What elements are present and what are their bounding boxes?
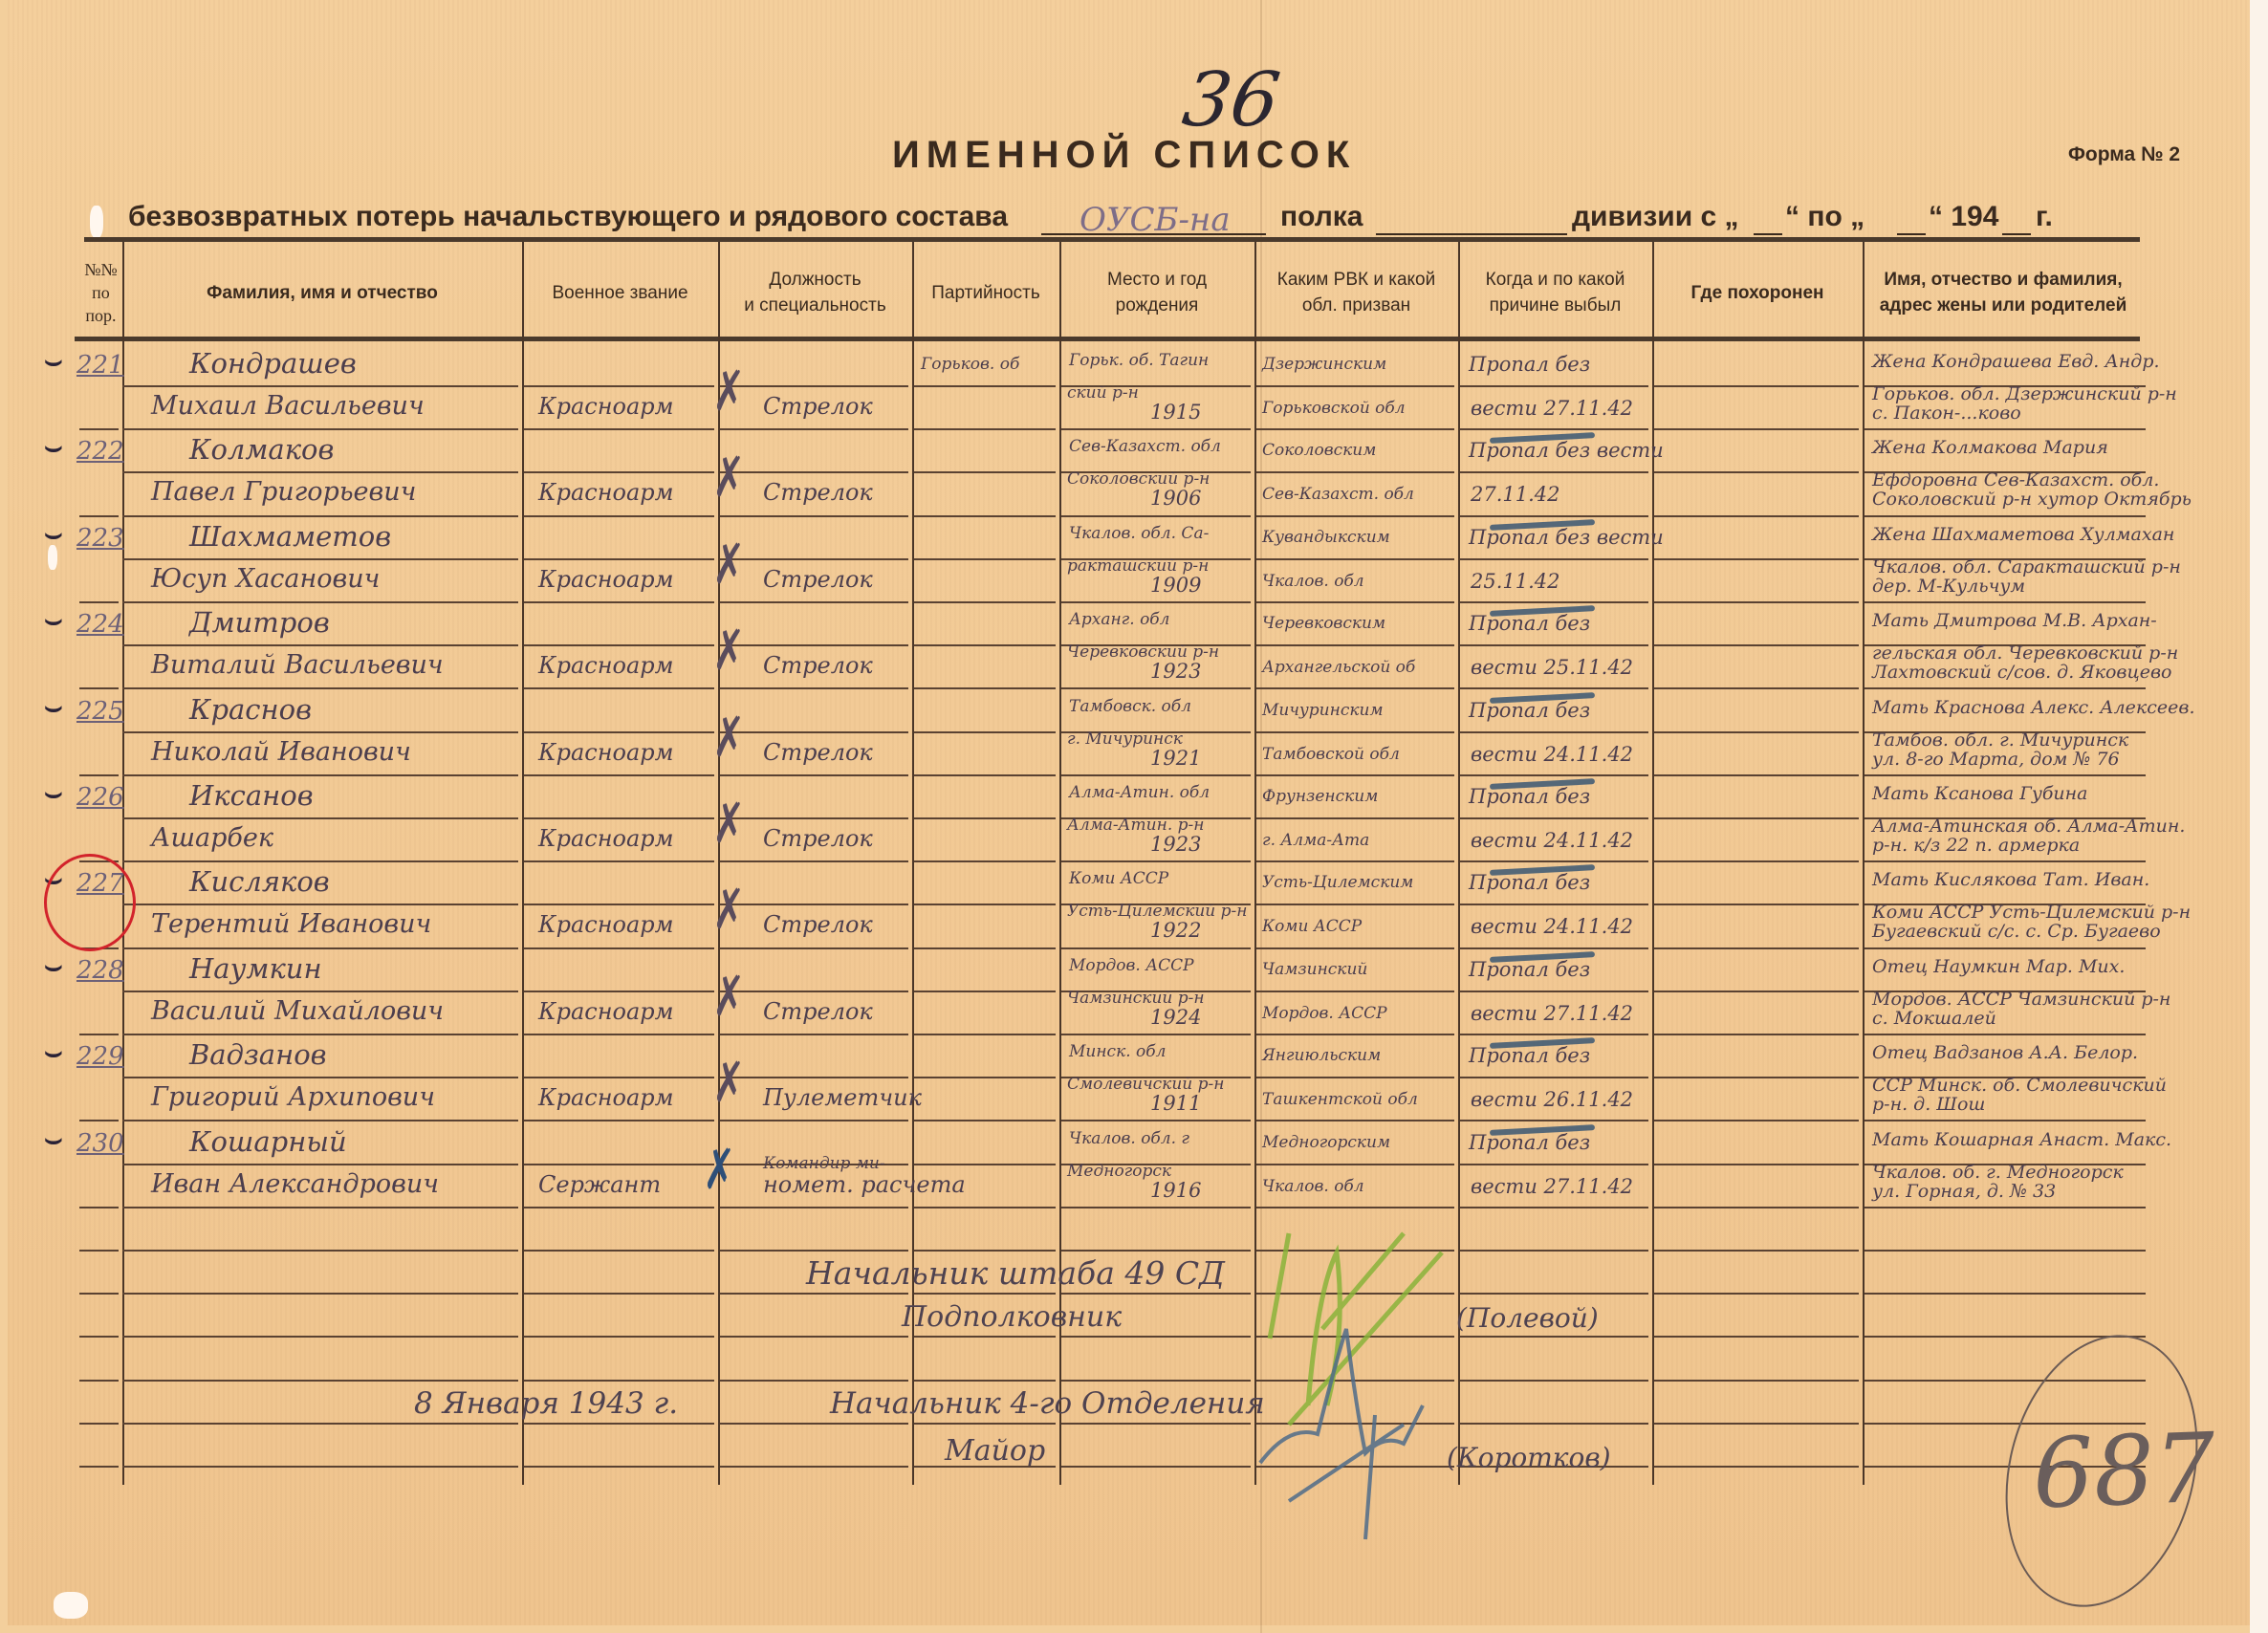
row-rule (524, 904, 714, 905)
row-rule (1061, 947, 1251, 949)
punch-hole (90, 206, 103, 238)
row-rule (1460, 687, 1648, 689)
row-rule (914, 991, 1056, 992)
row-rule (720, 1250, 908, 1252)
dept-head-rank: Майор (945, 1434, 1045, 1468)
rvk-line1: Фрунзенским (1262, 787, 1378, 806)
row-rule (1654, 1120, 1859, 1121)
col-header-number: №№ по пор. (79, 250, 122, 335)
col-header-buried: Где похоронен (1654, 250, 1861, 335)
row-rule (1256, 731, 1454, 733)
row-rule (720, 644, 908, 646)
birth-year: 1915 (1150, 401, 1201, 424)
row-rule (914, 428, 1056, 430)
row-rule (1256, 774, 1454, 776)
row-rule (1654, 687, 1859, 689)
row-number: 228 (76, 956, 124, 985)
row-rule (720, 471, 908, 473)
relative-name: Жена Кондрашева Евд. Андр. (1872, 351, 2160, 372)
row-number: 230 (76, 1129, 124, 1158)
birthplace-line1: Коми АССР (1069, 869, 1168, 888)
row-rule (122, 471, 518, 473)
row-rule (122, 1380, 518, 1382)
page-number-stamp: 687 (2031, 1412, 2217, 1531)
row-rule (122, 860, 518, 862)
row-rule (79, 515, 119, 517)
row-rule (1654, 1293, 1859, 1295)
rvk-line1: Черевковским (1262, 614, 1385, 633)
row-rule (122, 774, 518, 776)
row-rule (524, 601, 714, 603)
row-number: 222 (76, 437, 124, 466)
row-rule (524, 1293, 714, 1295)
row-rule (1865, 774, 2146, 776)
row-rule (524, 1164, 714, 1165)
row-rule (1865, 601, 2146, 603)
rvk-line1: Дзержинским (1262, 355, 1386, 374)
row-rule (122, 1207, 518, 1208)
row-rule (1061, 601, 1251, 603)
birthplace-line2: Чамзинский р-н (1067, 989, 1205, 1008)
row-rule (79, 601, 119, 603)
rvk-line1: Чамзинский (1262, 960, 1367, 979)
when-reason-line1: Пропал без (1469, 353, 1590, 376)
military-rank: Красноарм (538, 739, 674, 766)
given-name-patronymic: Ашарбек (151, 823, 273, 853)
sheet-number: 36 (1178, 57, 1285, 143)
birthplace-line2: Алма-Атин. р-н (1067, 816, 1204, 835)
row-rule (720, 817, 908, 819)
row-rule (1865, 1250, 2146, 1252)
row-rule (1654, 471, 1859, 473)
cross-mark-icon: ✗ (712, 359, 745, 424)
birthplace-line2: Усть-Цилемский р-н (1067, 902, 1247, 921)
birth-year: 1916 (1150, 1179, 1201, 1202)
row-rule (1256, 515, 1454, 517)
row-rule (1654, 947, 1859, 949)
checkmark-icon: ⌣ (44, 518, 63, 551)
row-rule (79, 1120, 119, 1121)
row-rule (1061, 1336, 1251, 1338)
relative-address-line1: Тамбов. обл. г. Мичуринск (1872, 729, 2128, 751)
row-rule (914, 1336, 1056, 1338)
row-rule (1654, 601, 1859, 603)
row-rule (1460, 644, 1648, 646)
row-rule (79, 1034, 119, 1035)
row-rule (1256, 428, 1454, 430)
relative-address-line1: Чкалов. обл. Саракташский р-н (1872, 556, 2181, 577)
unit-handwritten: ОУСБ-на (1079, 201, 1231, 239)
birth-year: 1921 (1150, 747, 1201, 770)
row-rule (1865, 1120, 2146, 1121)
relative-address-line2: р-н. д. Шош (1872, 1094, 1985, 1115)
col-header-rvk: Каким РВК и какой обл. призван (1256, 250, 1456, 335)
row-rule (914, 1250, 1056, 1252)
relative-name: Мать Ксанова Губина (1872, 783, 2088, 804)
row-rule (1460, 471, 1648, 473)
checkmark-icon: ⌣ (44, 950, 63, 983)
cross-mark-icon: ✗ (712, 791, 745, 856)
row-rule (1256, 860, 1454, 862)
row-rule (1460, 601, 1648, 603)
row-rule (720, 428, 908, 430)
row-rule (720, 1207, 908, 1208)
military-rank: Красноарм (538, 652, 674, 679)
row-rule (1256, 471, 1454, 473)
row-rule (720, 860, 908, 862)
from-to-label: “ по „ (1785, 201, 1865, 233)
form-label: Форма № 2 (2068, 143, 2180, 166)
row-rule (1256, 1164, 1454, 1165)
row-rule (122, 601, 518, 603)
when-reason-line1: Пропал без (1469, 785, 1590, 808)
rvk-line1: Медногорским (1262, 1133, 1390, 1152)
rvk-line2: Мордов. АССР (1262, 1004, 1387, 1023)
row-number: 225 (76, 697, 124, 726)
row-rule (524, 1077, 714, 1078)
row-rule (720, 904, 908, 905)
row-rule (524, 558, 714, 560)
position: Стрелок (763, 911, 873, 938)
row-rule (524, 1250, 714, 1252)
row-rule (1061, 428, 1251, 430)
rvk-line2: Ташкентской обл (1262, 1090, 1418, 1109)
birthplace-line1: Алма-Атин. обл (1069, 783, 1210, 802)
cross-mark-icon: ✗ (712, 618, 745, 683)
row-rule (720, 1423, 908, 1425)
subtitle-line: безвозвратных потерь начальствующего и р… (128, 201, 2136, 239)
position: номет. расчета (763, 1171, 966, 1198)
row-rule (914, 1034, 1056, 1035)
military-rank: Красноарм (538, 998, 674, 1025)
surname: Колмаков (189, 433, 334, 466)
when-reason-line1: Пропал без (1469, 612, 1590, 635)
rvk-line2: Чкалов. обл (1262, 1177, 1364, 1196)
page-title: ИМЕННОЙ СПИСОК (892, 134, 1356, 177)
row-rule (524, 731, 714, 733)
when-reason-line2: вести 25.11.42 (1471, 656, 1633, 679)
row-rule (720, 1336, 908, 1338)
when-reason-line1: Пропал без (1469, 1044, 1590, 1067)
relative-address-line1: Мордов. АССР Чамзинский р-н (1872, 989, 2170, 1010)
row-rule (720, 1293, 908, 1295)
row-rule (1460, 558, 1648, 560)
row-rule (122, 644, 518, 646)
given-name-patronymic: Терентий Иванович (151, 909, 431, 939)
year-suffix: г. (2036, 201, 2053, 233)
row-rule (1460, 1207, 1648, 1208)
year-fill-line (2002, 233, 2031, 235)
row-rule (1460, 904, 1648, 905)
birthplace-line2: г. Мичуринск (1067, 729, 1183, 749)
row-rule (1460, 947, 1648, 949)
row-number: 229 (76, 1042, 124, 1071)
header-bottom-rule (75, 337, 2140, 341)
row-rule (1460, 817, 1648, 819)
row-rule (1654, 904, 1859, 905)
relative-address-line1: Алма-Атинская об. Алма-Атин. (1872, 816, 2185, 837)
row-rule (720, 385, 908, 387)
row-rule (1865, 428, 2146, 430)
col-header-name: Фамилия, имя и отчество (124, 250, 520, 335)
row-rule (914, 644, 1056, 646)
row-rule (122, 1423, 518, 1425)
relative-name: Мать Кислякова Тат. Иван. (1872, 869, 2149, 890)
relative-address-line2: дер. М-Кульчум (1872, 576, 2025, 597)
checkmark-icon: ⌣ (44, 604, 63, 637)
given-name-patronymic: Николай Иванович (151, 737, 411, 767)
relative-address-line1: Ефдоровна Сев-Казахст. обл. (1872, 469, 2159, 490)
birthplace-line1: Чкалов. обл. г (1069, 1129, 1189, 1148)
military-rank: Красноарм (538, 911, 674, 938)
when-reason-line1: Пропал без (1469, 958, 1590, 981)
row-rule (1654, 385, 1859, 387)
row-rule (1256, 991, 1454, 992)
relative-address-line2: ул. 8-го Марта, дом № 76 (1872, 749, 2120, 770)
when-reason-line1: Пропал без (1469, 699, 1590, 722)
rvk-line1: Усть-Цилемским (1262, 873, 1413, 892)
row-rule (1865, 1207, 2146, 1208)
when-reason-line2: вести 24.11.42 (1471, 915, 1633, 938)
row-rule (1061, 515, 1251, 517)
signature-date: 8 Января 1943 г. (414, 1386, 678, 1421)
row-rule (79, 687, 119, 689)
row-rule (122, 1466, 518, 1468)
row-rule (720, 1034, 908, 1035)
row-rule (1654, 1466, 1859, 1468)
row-rule (1061, 1380, 1251, 1382)
row-rule (1256, 1077, 1454, 1078)
row-rule (1061, 687, 1251, 689)
row-rule (914, 1293, 1056, 1295)
military-rank: Красноарм (538, 479, 674, 506)
row-rule (1654, 1336, 1859, 1338)
red-highlight-circle (44, 854, 136, 951)
row-rule (1460, 991, 1648, 992)
row-rule (122, 1164, 518, 1165)
row-rule (1865, 947, 2146, 949)
row-rule (1061, 774, 1251, 776)
row-rule (914, 471, 1056, 473)
row-rule (720, 991, 908, 992)
when-reason-line2: 25.11.42 (1471, 570, 1560, 593)
row-rule (1654, 428, 1859, 430)
relative-address-line2: ул. Горная, д. № 33 (1872, 1181, 2056, 1202)
row-number: 226 (76, 783, 124, 812)
row-rule (524, 1034, 714, 1035)
row-rule (720, 515, 908, 517)
checkmark-icon: ⌣ (44, 777, 63, 810)
relative-name: Мать Дмитрова М.В. Архан- (1872, 610, 2157, 631)
cross-mark-icon: ✗ (712, 532, 745, 597)
birth-year: 1923 (1150, 660, 1201, 683)
military-rank: Красноарм (538, 393, 674, 420)
cross-mark-icon: ✗ (712, 877, 745, 942)
row-rule (1061, 1466, 1251, 1468)
row-rule (524, 385, 714, 387)
row-rule (1460, 1120, 1648, 1121)
relative-address-line2: с. Пакон-...ково (1872, 403, 2021, 424)
row-rule (914, 731, 1056, 733)
rvk-line1: Кувандыкским (1262, 528, 1390, 547)
cross-mark-icon: ✗ (712, 705, 745, 770)
rvk-line2: Сев-Казахст. обл (1262, 485, 1414, 504)
position: Стрелок (763, 739, 873, 766)
col-header-birth: Место и год рождения (1061, 250, 1253, 335)
relative-address-line1: Коми АССР Усть-Цилемский р-н (1872, 902, 2191, 923)
birthplace-line2: ский р-н (1067, 383, 1139, 403)
row-rule (1460, 774, 1648, 776)
when-reason-line1: Пропал без (1469, 871, 1590, 894)
col-header-relatives: Имя, отчество и фамилия, адрес жены или … (1865, 250, 2142, 335)
col-header-rank: Военное звание (524, 250, 716, 335)
relative-address-line2: Лахтовский с/сов. д. Яковцево (1872, 662, 2171, 683)
row-rule (1256, 558, 1454, 560)
row-rule (914, 1207, 1056, 1208)
surname: Кондрашев (189, 347, 357, 380)
surname: Дмитров (189, 606, 330, 639)
row-rule (122, 1034, 518, 1035)
row-rule (914, 1164, 1056, 1165)
row-rule (1654, 1207, 1859, 1208)
row-rule (914, 860, 1056, 862)
row-number: 221 (76, 351, 124, 380)
rvk-line1: Соколовским (1262, 441, 1376, 460)
when-reason-line2: вести 27.11.42 (1471, 1002, 1633, 1025)
row-rule (524, 644, 714, 646)
row-number: 223 (76, 524, 124, 553)
signature-scribbles (1251, 1214, 1499, 1558)
row-rule (122, 385, 518, 387)
row-rule (524, 515, 714, 517)
row-rule (1654, 774, 1859, 776)
division-label: дивизии с „ (1572, 201, 1739, 233)
row-rule (1256, 385, 1454, 387)
row-rule (720, 601, 908, 603)
rvk-line2: г. Алма-Ата (1262, 831, 1369, 850)
relative-address-line1: Чкалов. об. г. Медногорск (1872, 1162, 2124, 1183)
row-rule (914, 385, 1056, 387)
birth-year: 1906 (1150, 487, 1201, 510)
given-name-patronymic: Василий Михайлович (151, 996, 444, 1026)
position: Стрелок (763, 566, 873, 593)
surname: Кисляков (189, 865, 330, 898)
row-rule (524, 1120, 714, 1121)
row-rule (524, 471, 714, 473)
row-rule (1460, 1077, 1648, 1078)
given-name-patronymic: Григорий Архипович (151, 1082, 435, 1112)
row-rule (524, 687, 714, 689)
row-rule (1654, 644, 1859, 646)
row-rule (720, 947, 908, 949)
position: Стрелок (763, 479, 873, 506)
checkmark-icon: ⌣ (44, 431, 63, 464)
row-rule (524, 1380, 714, 1382)
position-line1: Командир ми- (763, 1154, 885, 1173)
military-rank: Красноарм (538, 566, 674, 593)
row-rule (1061, 1207, 1251, 1208)
row-rule (720, 1077, 908, 1078)
row-rule (720, 1380, 908, 1382)
row-rule (1256, 947, 1454, 949)
row-rule (1061, 1034, 1251, 1035)
day-to-line (1897, 233, 1926, 235)
row-rule (79, 1466, 119, 1468)
row-rule (79, 1423, 119, 1425)
row-rule (524, 817, 714, 819)
row-rule (914, 1423, 1056, 1425)
military-rank: Сержант (538, 1171, 661, 1198)
row-rule (122, 1077, 518, 1078)
relative-name: Отец Вадзанов А.А. Белор. (1872, 1042, 2138, 1063)
col-header-position: Должность и специальность (720, 250, 910, 335)
birthplace-line1: Сев-Казахст. обл (1069, 437, 1221, 456)
given-name-patronymic: Михаил Васильевич (151, 391, 425, 421)
row-rule (122, 1120, 518, 1121)
dept-head-title: Начальник 4-го Отделения (830, 1386, 1265, 1421)
row-rule (1654, 731, 1859, 733)
row-rule (524, 991, 714, 992)
row-rule (1061, 1293, 1251, 1295)
relative-address-line2: с. Мокшалей (1872, 1008, 1996, 1029)
surname: Краснов (189, 693, 312, 726)
rvk-line2: Тамбовской обл (1262, 745, 1400, 764)
row-rule (1865, 687, 2146, 689)
relative-address-line2: Бугаевский с/с. с. Ср. Бугаево (1872, 921, 2161, 942)
checkmark-icon: ⌣ (44, 1036, 63, 1069)
row-number: 224 (76, 610, 124, 639)
position: Стрелок (763, 393, 873, 420)
relative-name: Мать Кошарная Анаст. Макс. (1872, 1129, 2171, 1150)
regiment-label: полка (1280, 201, 1363, 233)
row-rule (1865, 1034, 2146, 1035)
row-rule (720, 731, 908, 733)
position: Пулеметчик (763, 1084, 922, 1111)
row-rule (1654, 558, 1859, 560)
given-name-patronymic: Павел Григорьевич (151, 477, 416, 507)
birthplace-line2: Соколовский р-н (1067, 469, 1210, 489)
birthplace-line1: Горьк. об. Тагин (1069, 351, 1209, 370)
row-rule (1256, 904, 1454, 905)
col-header-when: Когда и по какой причине выбыл (1460, 250, 1650, 335)
cross-mark-icon: ✗ (703, 1137, 735, 1202)
relative-name: Жена Колмакова Мария (1872, 437, 2108, 458)
regiment-fill-line (1376, 233, 1567, 235)
row-rule (720, 687, 908, 689)
relative-name: Мать Краснова Алекс. Алексеев. (1872, 697, 2195, 718)
when-reason-line2: 27.11.42 (1471, 483, 1560, 506)
row-rule (122, 515, 518, 517)
document-page: 36 ИМЕННОЙ СПИСОК Форма № 2 безвозвратны… (8, 0, 2250, 1625)
position: Стрелок (763, 825, 873, 852)
cross-mark-icon: ✗ (712, 445, 745, 510)
row-rule (524, 428, 714, 430)
row-rule (720, 774, 908, 776)
birthplace-line1: Тамбовск. обл (1069, 697, 1191, 716)
birth-year: 1924 (1150, 1006, 1201, 1029)
row-rule (1654, 817, 1859, 819)
birthplace-line1: Мордов. АССР (1069, 956, 1194, 975)
row-rule (122, 1293, 518, 1295)
row-rule (1061, 1423, 1251, 1425)
relative-address-line2: Соколовский р-н хутор Октябрь (1872, 489, 2192, 510)
row-rule (1654, 1077, 1859, 1078)
birthplace-line2: Черевковский р-н (1067, 642, 1219, 662)
row-rule (1256, 1120, 1454, 1121)
military-rank: Красноарм (538, 825, 674, 852)
row-rule (79, 428, 119, 430)
relative-name: Жена Шахмаметова Хулмахан (1872, 524, 2174, 545)
